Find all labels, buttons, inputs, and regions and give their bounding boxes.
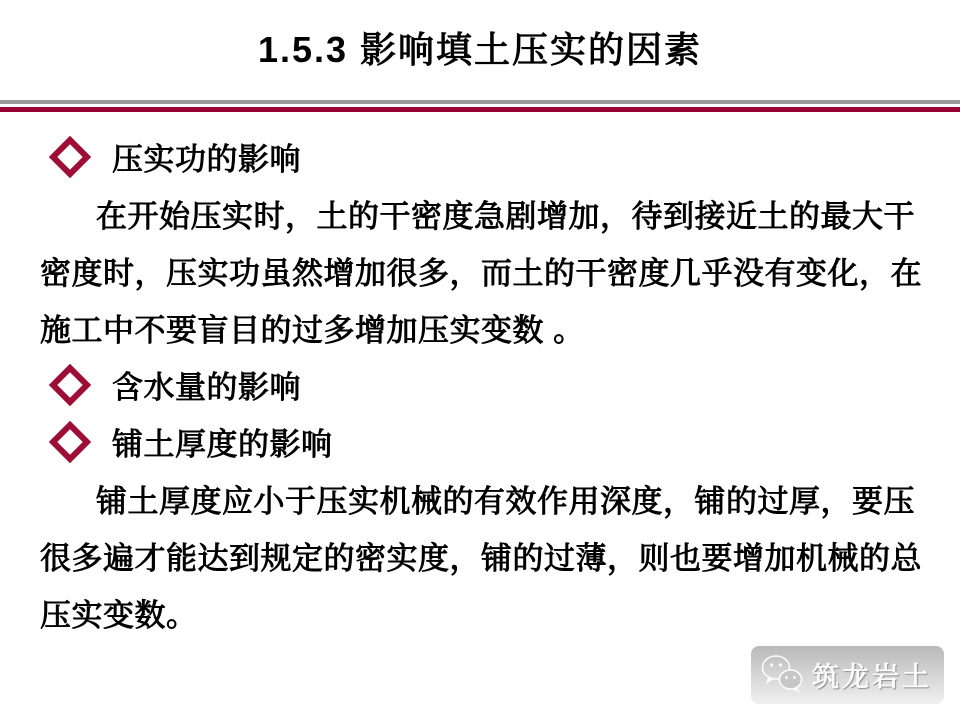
bullet-item-layer-thickness: 铺土厚度的影响	[40, 413, 934, 470]
bullet-item-water-content: 含水量的影响	[40, 356, 934, 413]
diamond-bullet-icon	[49, 363, 91, 405]
title-divider	[0, 100, 960, 112]
paragraph-line: 密度时，压实功虽然增加很多，而土的干密度几乎没有变化，在	[40, 242, 934, 299]
wechat-icon	[759, 653, 805, 695]
bullet-label: 铺土厚度的影响	[112, 419, 333, 464]
paragraph-line: 很多遍才能达到规定的密实度，铺的过薄，则也要增加机械的总	[40, 527, 934, 584]
divider-bottom-line	[0, 107, 960, 112]
paragraph-line: 在开始压实时，土的干密度急剧增加，待到接近土的最大干	[40, 185, 934, 242]
bullet-label: 含水量的影响	[112, 362, 301, 407]
watermark-label: 筑龙岩土	[812, 655, 932, 694]
slide-body: 压实功的影响 在开始压实时，土的干密度急剧增加，待到接近土的最大干 密度时，压实…	[40, 128, 934, 641]
bullet-item-compaction-energy: 压实功的影响	[40, 128, 934, 185]
brand-watermark: 筑龙岩土	[751, 646, 944, 704]
paragraph-line: 铺土厚度应小于压实机械的有效作用深度，铺的过厚，要压	[40, 470, 934, 527]
page-title: 1.5.3 影响填土压实的因素	[0, 0, 960, 70]
paragraph-line: 施工中不要盲目的过多增加压实变数 。	[40, 299, 934, 356]
diamond-bullet-icon	[49, 420, 91, 462]
bullet-label: 压实功的影响	[112, 134, 301, 179]
paragraph-line: 压实变数。	[40, 584, 934, 641]
diamond-bullet-icon	[49, 135, 91, 177]
